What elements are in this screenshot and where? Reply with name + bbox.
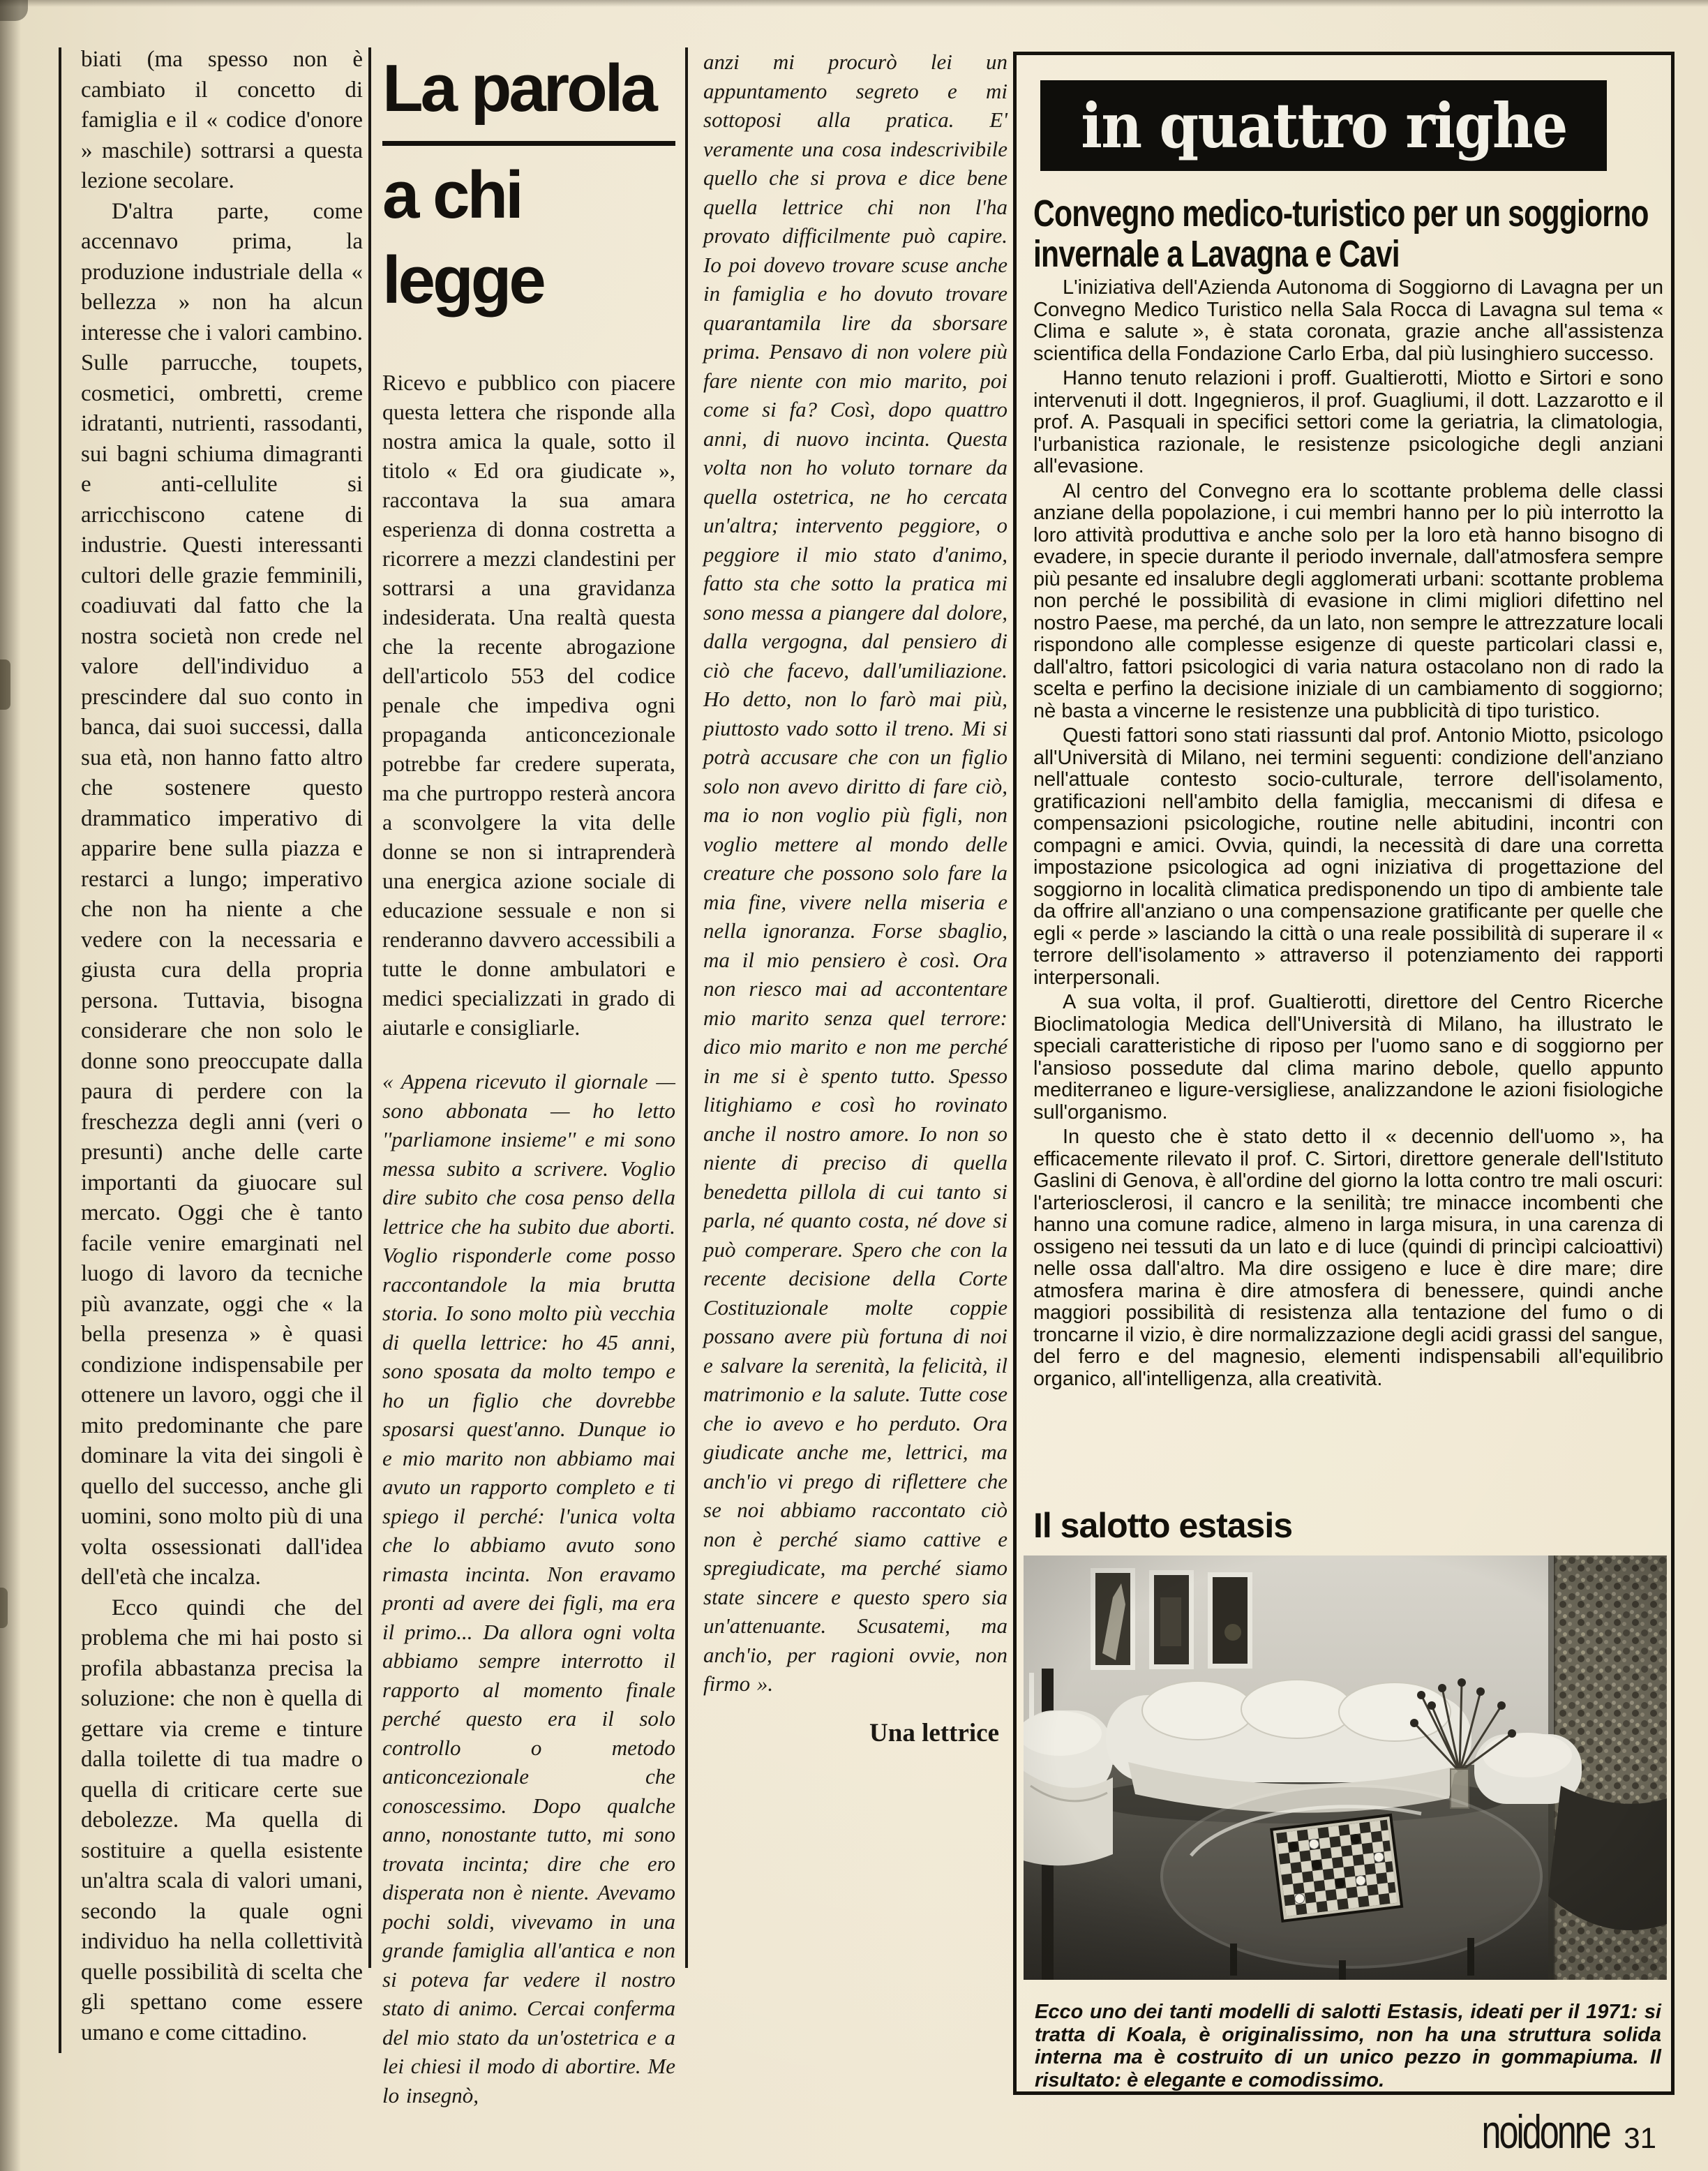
page-footer: noidonne 31 [1437, 2105, 1656, 2159]
news-paragraph: Questi fattori sono stati riassunti dal … [1033, 725, 1663, 989]
news-headline: Convegno medico-turistico per un soggior… [1033, 193, 1668, 274]
article-continuation-column: biati (ma spesso non è cambiato il conce… [81, 45, 363, 2048]
reader-letter-part1: « Appena ricevuto il giornale — sono abb… [382, 1067, 675, 2110]
page-number: 31 [1624, 2121, 1656, 2155]
page-edge-shadow [0, 0, 21, 2171]
section-title: La parola a chi legge [382, 46, 675, 323]
news-body: L'iniziativa dell'Azienda Autonoma di So… [1033, 277, 1663, 1393]
news-paragraph: A sua volta, il prof. Gualtierotti, dire… [1033, 992, 1663, 1124]
scan-mark [0, 659, 10, 710]
letter-continuation-column: anzi mi procurò lei un appuntamento segr… [703, 47, 1007, 1748]
title-underline [382, 141, 675, 146]
section-banner-label: in quattro righe [1081, 89, 1566, 162]
letters-section-column: La parola a chi legge Ricevo e pubblico … [382, 46, 675, 2110]
column-rule-right [685, 47, 688, 1968]
living-room-illustration [1024, 1555, 1667, 1980]
news-paragraph: In questo che è stato detto il « decenni… [1033, 1126, 1663, 1390]
in-quattro-righe-box: in quattro righe Convegno medico-turisti… [1013, 52, 1675, 2095]
news-paragraph: L'iniziativa dell'Azienda Autonoma di So… [1033, 277, 1663, 365]
photo-living-room [1024, 1555, 1667, 1980]
scan-mark [0, 1588, 8, 1628]
letter-signature: Una lettrice [703, 1718, 999, 1748]
editor-intro: Ricevo e pubblico con piacere questa let… [382, 368, 675, 1042]
magazine-logo: noidonne [1482, 2105, 1610, 2159]
page-top-shadow [0, 0, 1708, 7]
scan-smudge [0, 0, 28, 21]
column-rule-middle [368, 47, 371, 1968]
section-title-line1: La parola [382, 46, 675, 131]
news-paragraph: Hanno tenuto relazioni i proff. Gualtier… [1033, 368, 1663, 478]
section-banner: in quattro righe [1040, 80, 1607, 171]
article-paragraph: D'altra parte, come accennavo prima, la … [81, 197, 363, 1593]
news-paragraph: Al centro del Convegno era lo scottante … [1033, 481, 1663, 723]
section-title-line2: a chi legge [382, 153, 675, 323]
article-paragraph: Ecco quindi che del problema che mi hai … [81, 1593, 363, 2049]
salotto-heading: Il salotto estasis [1033, 1505, 1292, 1546]
article-paragraph: biati (ma spesso non è cambiato il conce… [81, 45, 363, 197]
column-rule-left [59, 47, 61, 2053]
photo-caption: Ecco uno dei tanti modelli di salotti Es… [1035, 2001, 1661, 2091]
reader-letter-part2: anzi mi procurò lei un appuntamento segr… [703, 47, 1007, 1699]
magazine-page: biati (ma spesso non è cambiato il conce… [0, 0, 1708, 2171]
